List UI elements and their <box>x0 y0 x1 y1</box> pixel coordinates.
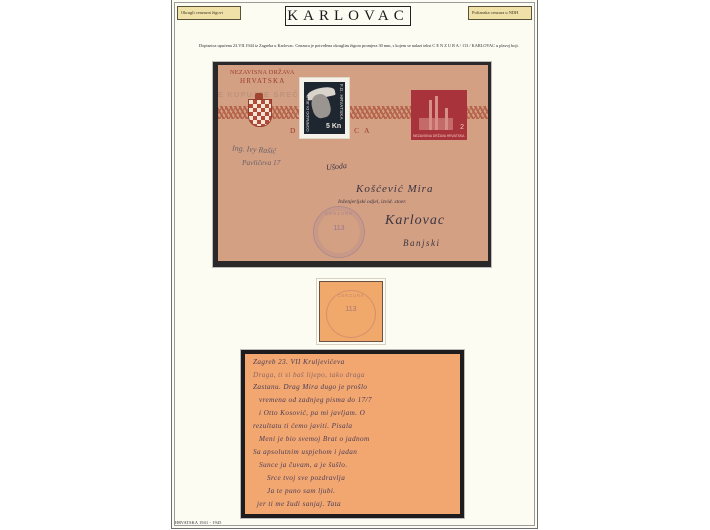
card-header-line2: HRVATSKA <box>240 77 285 85</box>
message-line: Sunce ja čuvam, a je šušlo. <box>259 461 347 469</box>
printed-indicia-stamp: 2 NEZAVISNA DRŽAVA HRVATSKA <box>411 90 467 140</box>
censor-postmark: CENZURA 113 <box>313 206 365 258</box>
indicia-caption: NEZAVISNA DRŽAVA HRVATSKA <box>413 134 464 138</box>
censor-ring-text: CENZURA <box>314 211 364 216</box>
message-line: i Otto Kosović, pa mi javljam. O <box>259 409 365 417</box>
postcard-back-photo: Zagreb 23. VII Kruljevićeva Draga, ti si… <box>240 349 465 519</box>
sender-name: Ing. Ivy Rašić <box>232 143 277 155</box>
address-line: Inženjerijski odjel, izvid. stoer. <box>338 199 406 205</box>
page-title: KARLOVAC <box>285 6 411 26</box>
message-line: Srce tvoj sve pozdravlja <box>267 474 345 482</box>
address-line: Karlovac <box>385 213 445 229</box>
message-line: Draga, ti si baš lijepo, tako draga <box>253 371 365 379</box>
censor-detail-number: 113 <box>320 306 382 313</box>
message-line: Ja te puno sam ljubi. <box>267 487 336 495</box>
sender-street: Pavličeva 17 <box>242 158 280 167</box>
stamp-country: F.D. HRVATSKA <box>339 84 344 120</box>
message-line: jer ti me žudi sanjaj. Tata <box>257 500 341 508</box>
message-line: Meni je bio svemoj Brat o jadnom <box>259 435 370 443</box>
card-header-line1: NEZAVISNA DRŽAVA <box>230 69 295 76</box>
page-description: Dopisnica upućena 23.VII.1944 iz Zagreba… <box>199 43 519 49</box>
censor-detail-text: CENZURA <box>320 293 382 298</box>
message-line: Zastanu. Drag Mira dugo je prošlo <box>253 383 367 391</box>
cathedral-tower-icon <box>429 100 432 130</box>
message-line: rezultatu ti ćemo javiti. Pisala <box>253 422 352 430</box>
album-page: Okrugli cenzurni žigovi KARLOVAC Poštans… <box>171 0 538 529</box>
postcard-back: Zagreb 23. VII Kruljevićeva Draga, ti si… <box>245 354 460 514</box>
postcard-front: NEZAVISNA DRŽAVA HRVATSKA E KUPUJTE SREĆ… <box>218 65 488 261</box>
cathedral-tower-icon <box>435 96 438 130</box>
stamp-side-text: CORRADO DI JELO <box>305 95 310 132</box>
indicia-value: 2 <box>460 124 464 131</box>
cathedral-tower-icon <box>445 108 448 130</box>
message-line: vremena od zadnjeg pisma do 17/7 <box>259 396 372 404</box>
category-tag-left: Okrugli cenzurni žigovi <box>177 6 241 20</box>
category-tag-right: Poštanska cenzura u NDH <box>468 6 532 20</box>
censor-mark-detail: CENZURA 113 <box>319 281 383 342</box>
page-footer: HRVATSKA 1941 - 1945 <box>175 520 222 525</box>
address-line: Ušoda <box>326 161 348 172</box>
coat-of-arms-icon <box>248 99 272 127</box>
address-line: Košćević Mira <box>356 183 433 195</box>
address-line: Banjski <box>403 238 441 248</box>
message-line: Sa apsolutnim uspjehom i jadan <box>253 448 357 456</box>
postcard-front-photo: NEZAVISNA DRŽAVA HRVATSKA E KUPUJTE SREĆ… <box>212 61 492 268</box>
message-line: Zagreb 23. VII Kruljevićeva <box>253 358 345 366</box>
censor-number: 113 <box>314 225 364 232</box>
portrait-stamp: F.D. HRVATSKA CORRADO DI JELO 5 Kn <box>299 77 350 139</box>
stamp-value: 5 Kn <box>326 123 341 130</box>
